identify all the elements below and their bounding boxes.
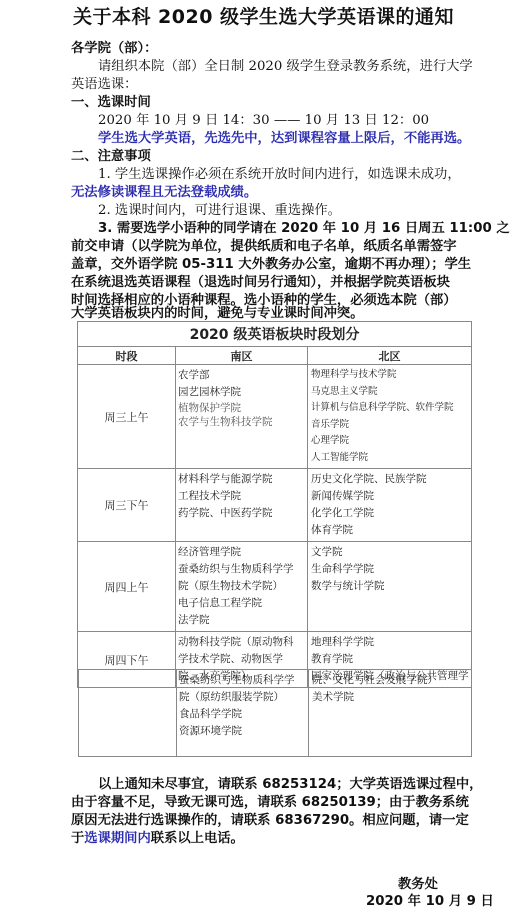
college: 资源环境学院 (179, 723, 308, 740)
college: 食品科学学院 (179, 706, 308, 723)
college: 教育学院 (311, 651, 471, 668)
header-north: 北区 (308, 347, 472, 365)
north-cell: 物理科学与技术学院 马克思主义学院 计算机与信息科学学院、软件学院 音乐学院 心… (308, 365, 472, 469)
note1-line-2: 无法修读课程且无法登载成绩。 (71, 184, 257, 202)
college: 计算机与信息科学学院、软件学院 (311, 400, 471, 417)
college: 院（原生物技术学院） (178, 578, 307, 595)
college: 文学院 (311, 544, 471, 561)
section2-heading: 二、注意事项 (71, 148, 151, 166)
note3-line-1: 3. 需要选学小语种的同学请在 2020 年 10 月 16 日周五 11:00… (98, 220, 510, 238)
table-row: 周四上午 经济管理学院 蚕桑纺织与生物质科学学 院（原生物技术学院） 电子信息工… (78, 542, 472, 632)
contact-suffix: 联系以上电话。 (151, 831, 244, 846)
north-cell: 院、文化与社会发展学院） 美术学院 (309, 670, 472, 757)
note2: 2. 选课时间内，可进行退课、重选操作。 (98, 202, 341, 220)
south-cell: 蚕桑纺织与生物质科学学 院（原纺织服装学院） 食品科学学院 资源环境学院 (177, 670, 309, 757)
table-row: 蚕桑纺织与生物质科学学 院（原纺织服装学院） 食品科学学院 资源环境学院 院、文… (79, 670, 472, 757)
college: 体育学院 (311, 522, 471, 539)
note3-line-3: 盖章，交外语学院 05-311 大外教务办公室，逾期不再办理）；学生 (71, 256, 471, 274)
college: 经济管理学院 (178, 544, 307, 561)
slot-cell: 周三上午 (78, 365, 176, 469)
college: 药学院、中医药学院 (178, 505, 307, 522)
contact-line-1: 以上通知未尽事宜，请联系 68253124；大学英语选课过程中， (98, 776, 482, 794)
college: 蚕桑纺织与生物质科学学 (178, 561, 307, 578)
section1-heading: 一、选课时间 (71, 94, 151, 112)
selection-rule: 学生选大学英语，先选先中，达到课程容量上限后，不能再选。 (98, 130, 470, 148)
college: 材料科学与能源学院 (178, 471, 307, 488)
south-cell: 农学部 园艺园林学院 植物保护学院 农学与生物科技学院 (176, 365, 308, 469)
table-caption: 2020 级英语板块时段划分 (78, 322, 472, 347)
document-title: 关于本科 2020 级学生选大学英语课的通知 (0, 2, 527, 29)
header-south: 南区 (176, 347, 308, 365)
south-cell: 经济管理学院 蚕桑纺织与生物质科学学 院（原生物技术学院） 电子信息工程学院 法… (176, 542, 308, 632)
college: 植物保护学院 (178, 401, 307, 415)
schedule-table: 2020 级英语板块时段划分 时段 南区 北区 周三上午 农学部 园艺园林学院 … (77, 321, 472, 688)
college: 农学与生物科技学院 (178, 415, 307, 429)
college: 动物科技学院（原动物科 (178, 634, 307, 651)
contact-line-3: 原因无法进行选课操作的，请联系 68367290。相应问题，请一定 (71, 812, 469, 830)
slot-cell: 周四上午 (78, 542, 176, 632)
college: 新闻传媒学院 (311, 488, 471, 505)
contact-highlight: 选课期间内 (84, 831, 150, 846)
note3-line-2: 前交申请（以学院为单位，提供纸质和电子名单，纸质名单需签字 (71, 238, 457, 256)
intro-line-2: 英语选课： (71, 76, 137, 94)
college: 工程技术学院 (178, 488, 307, 505)
college: 马克思主义学院 (311, 384, 471, 401)
slot-cell (79, 670, 177, 757)
contact-line-2: 由于容量不足，导致无课可选，请联系 68250139；由于教务系统 (71, 794, 469, 812)
college: 心理学院 (311, 433, 471, 450)
north-cell: 文学院 生命科学学院 数学与统计学院 (308, 542, 472, 632)
college: 蚕桑纺织与生物质科学学 (179, 672, 308, 689)
college: 地理科学学院 (311, 634, 471, 651)
college: 生命科学学院 (311, 561, 471, 578)
note3-line-4: 在系统退选英语课程（退选时间另行通知），并根据学院英语板块 (71, 274, 450, 292)
college: 数学与统计学院 (311, 578, 471, 595)
header-slot: 时段 (78, 347, 176, 365)
contact-prefix: 于 (71, 831, 84, 846)
college: 音乐学院 (311, 417, 471, 434)
course-selection-time: 2020 年 10 月 9 日 14：30 —— 10 月 13 日 12：00 (98, 112, 429, 130)
slot-cell: 周三下午 (78, 469, 176, 542)
college: 历史文化学院、民族学院 (311, 471, 471, 488)
college: 人工智能学院 (311, 450, 471, 467)
college: 学技术学院、动物医学 (178, 651, 307, 668)
south-cell: 材料科学与能源学院 工程技术学院 药学院、中医药学院 (176, 469, 308, 542)
college: 园艺园林学院 (178, 384, 307, 401)
college: 物理科学与技术学院 (311, 367, 471, 384)
north-cell: 历史文化学院、民族学院 新闻传媒学院 化学化工学院 体育学院 (308, 469, 472, 542)
issue-date: 2020 年 10 月 9 日 (366, 893, 494, 910)
issuing-office: 教务处 (398, 876, 438, 894)
college: 法学院 (178, 612, 307, 629)
note1-line-1: 1. 学生选课操作必须在系统开放时间内进行，如选课未成功， (98, 166, 461, 184)
college: 院（原纺织服装学院） (179, 689, 308, 706)
college: 电子信息工程学院 (178, 595, 307, 612)
college: 农学部 (178, 367, 307, 384)
college: 院、文化与社会发展学院） (312, 672, 471, 689)
college: 化学化工学院 (311, 505, 471, 522)
table-row: 周三上午 农学部 园艺园林学院 植物保护学院 农学与生物科技学院 物理科学与技术… (78, 365, 472, 469)
salutation: 各学院（部）： (71, 40, 157, 58)
intro-line-1: 请组织本院（部）全日制 2020 级学生登录教务系统，进行大学 (98, 58, 473, 76)
schedule-table-continued: 蚕桑纺织与生物质科学学 院（原纺织服装学院） 食品科学学院 资源环境学院 院、文… (78, 669, 472, 757)
contact-line-4: 于选课期间内联系以上电话。 (71, 830, 244, 848)
college: 美术学院 (312, 689, 471, 706)
table-row: 周三下午 材料科学与能源学院 工程技术学院 药学院、中医药学院 历史文化学院、民… (78, 469, 472, 542)
